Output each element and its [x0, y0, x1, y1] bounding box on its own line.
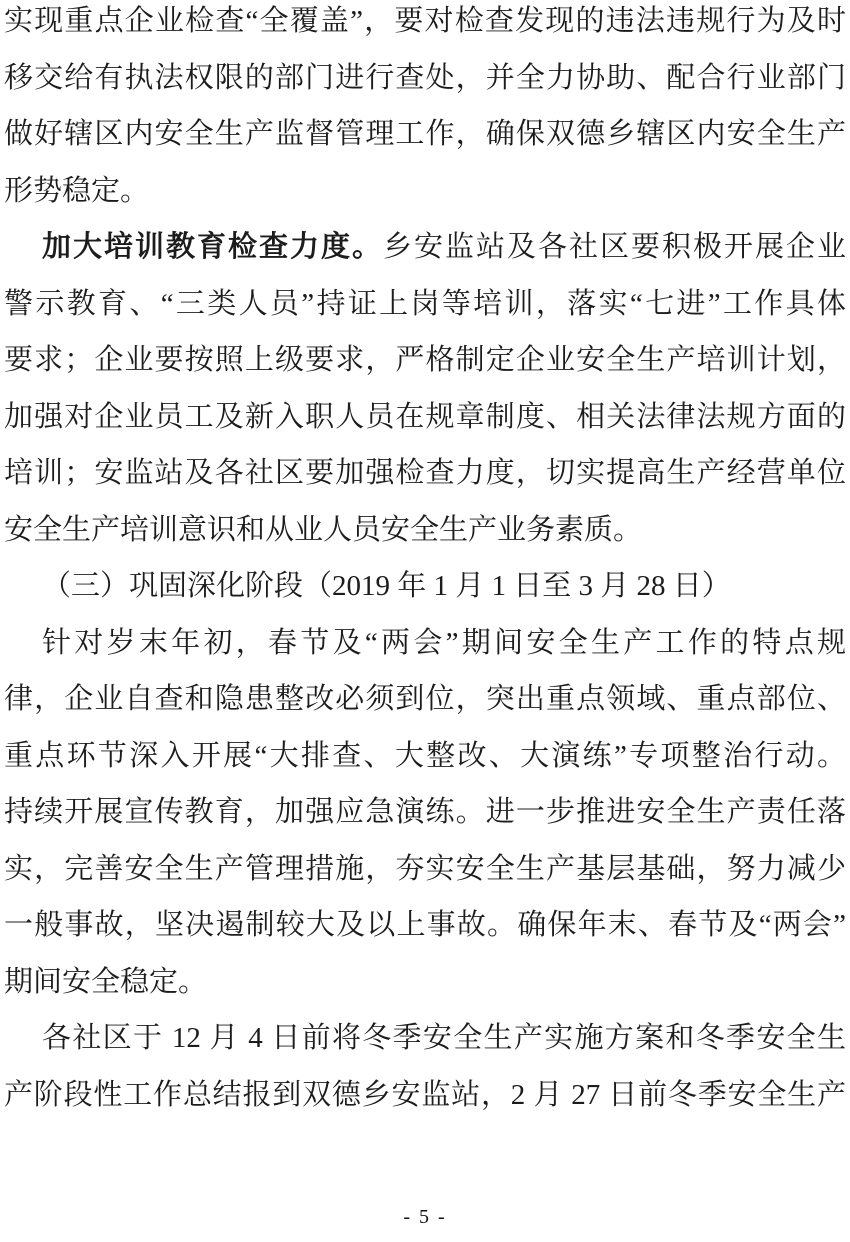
text-line: （三）巩固深化阶段（2019 年 1 月 1 日至 3 月 28 日）	[4, 558, 846, 615]
text-run: 一般事故，坚决遏制较大及以上事故。确保年末、春节及“两会”	[4, 909, 846, 941]
text-line: 培训；安监站及各社区要加强检查力度，切实提高生产经营单位	[4, 445, 846, 502]
text-run: 安全生产培训意识和从业人员安全生产业务素质。	[4, 514, 642, 546]
text-line: 要求；企业要按照上级要求，严格制定企业安全生产培训计划，	[4, 332, 846, 389]
text-run: 律，企业自查和隐患整改必须到位，突出重点领域、重点部位、	[4, 683, 846, 715]
document-page: 实现重点企业检查“全覆盖”，要对检查发现的违法违规行为及时移交给有执法权限的部门…	[0, 0, 850, 1235]
text-run: 各社区于 12 月 4 日前将冬季安全生产实施方案和冬季安全生	[42, 1022, 846, 1054]
text-run: 持续开展宣传教育，加强应急演练。进一步推进安全生产责任落	[4, 796, 846, 828]
text-line: 形势稳定。	[4, 163, 846, 220]
text-run: 警示教育、“三类人员”持证上岗等培训，落实“七进”工作具体	[4, 288, 846, 320]
text-line: 持续开展宣传教育，加强应急演练。进一步推进安全生产责任落	[4, 784, 846, 841]
text-line: 期间安全稳定。	[4, 954, 846, 1011]
text-line: 移交给有执法权限的部门进行查处，并全力协助、配合行业部门	[4, 50, 846, 107]
text-line: 重点环节深入开展“大排查、大整改、大演练”专项整治行动。	[4, 728, 846, 785]
text-line: 警示教育、“三类人员”持证上岗等培训，落实“七进”工作具体	[4, 276, 846, 333]
bold-run: 加大培训教育检查力度。	[42, 231, 383, 263]
text-run: 做好辖区内安全生产监督管理工作，确保双德乡辖区内安全生产	[4, 118, 846, 150]
text-line: 实，完善安全生产管理措施，夯实安全生产基层基础，努力减少	[4, 841, 846, 898]
text-run: 培训；安监站及各社区要加强检查力度，切实提高生产经营单位	[4, 457, 846, 489]
text-run: 移交给有执法权限的部门进行查处，并全力协助、配合行业部门	[4, 62, 846, 94]
text-run: 要求；企业要按照上级要求，严格制定企业安全生产培训计划，	[4, 344, 846, 376]
text-line: 加强对企业员工及新入职人员在规章制度、相关法律法规方面的	[4, 389, 846, 446]
text-line: 产阶段性工作总结报到双德乡安监站，2 月 27 日前冬季安全生产	[4, 1067, 846, 1124]
text-run: 实现重点企业检查“全覆盖”，要对检查发现的违法违规行为及时	[4, 5, 846, 37]
text-line: 做好辖区内安全生产监督管理工作，确保双德乡辖区内安全生产	[4, 106, 846, 163]
text-run: 加强对企业员工及新入职人员在规章制度、相关法律法规方面的	[4, 401, 846, 433]
text-run: 产阶段性工作总结报到双德乡安监站，2 月 27 日前冬季安全生产	[4, 1079, 846, 1111]
text-run: 形势稳定。	[4, 175, 149, 207]
text-run: （三）巩固深化阶段（2019 年 1 月 1 日至 3 月 28 日）	[42, 570, 731, 602]
page-footer: - 5 -	[0, 1206, 850, 1229]
text-run: 实，完善安全生产管理措施，夯实安全生产基层基础，努力减少	[4, 853, 846, 885]
text-line: 各社区于 12 月 4 日前将冬季安全生产实施方案和冬季安全生	[4, 1010, 846, 1067]
text-line: 安全生产培训意识和从业人员安全生产业务素质。	[4, 502, 846, 559]
text-run: 针对岁末年初，春节及“两会”期间安全生产工作的特点规	[42, 627, 846, 659]
text-line: 加大培训教育检查力度。乡安监站及各社区要积极开展企业	[4, 219, 846, 276]
body-text: 实现重点企业检查“全覆盖”，要对检查发现的违法违规行为及时移交给有执法权限的部门…	[0, 0, 850, 1123]
text-line: 一般事故，坚决遏制较大及以上事故。确保年末、春节及“两会”	[4, 897, 846, 954]
page-number: - 5 -	[403, 1206, 446, 1228]
text-run: 乡安监站及各社区要积极开展企业	[383, 231, 846, 263]
text-run: 重点环节深入开展“大排查、大整改、大演练”专项整治行动。	[4, 740, 846, 772]
text-line: 针对岁末年初，春节及“两会”期间安全生产工作的特点规	[4, 615, 846, 672]
text-line: 律，企业自查和隐患整改必须到位，突出重点领域、重点部位、	[4, 671, 846, 728]
text-run: 期间安全稳定。	[4, 966, 207, 998]
text-line: 实现重点企业检查“全覆盖”，要对检查发现的违法违规行为及时	[4, 0, 846, 50]
